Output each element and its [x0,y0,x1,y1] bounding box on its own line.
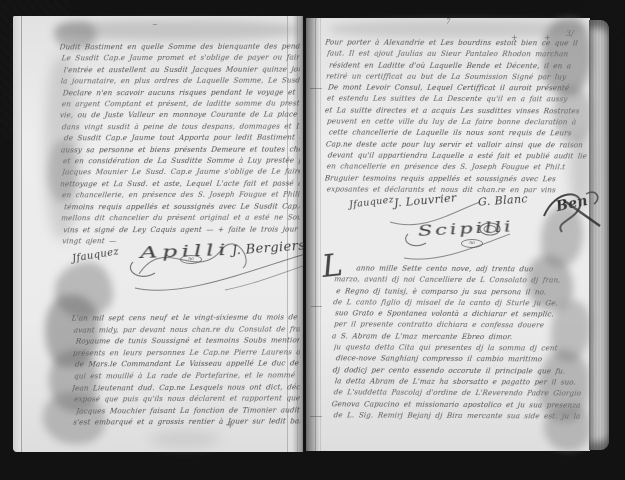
manuscript-line: Bruguier tesmoins requis appellés et sou… [325,172,588,184]
manuscript-line: et estendu Les suittes de La Descente qu… [326,93,587,105]
pen-mark: ~ [152,21,158,29]
manuscript-line: en chancellerie en présence des S. Josep… [326,161,587,173]
manuscript-line: de Susdit Cap.e Jaume tout Apporta pour … [63,132,300,144]
book-fore-edge [589,20,609,450]
margin-dash [310,88,322,89]
scanned-manuscript-photo: Dudit Bastiment en quelle Somme des bien… [0,0,625,480]
manuscript-line: diece-nove Sanghianj compresso il cambio… [335,353,584,366]
manuscript-line: résident en Laditte d'où Laquelle Bende … [329,59,588,71]
manuscript-line: exposé que puis qu'ils nous déclarent et… [74,393,301,406]
manuscript-line: témoins requis appellés et soussignés av… [64,200,301,212]
left-page-act1: Dudit Bastiment en quelle Somme des bien… [60,41,301,250]
left-page-edge [13,16,22,452]
manuscript-line: faut. Il est ajout Jaulias au Sieur Pant… [327,48,588,60]
manuscript-line: marzo, avanti dj noi Cancelliere de L Co… [334,274,585,287]
manuscript-line: la journataire, en plus ordres de Laquel… [60,75,300,87]
cross-mark: + [226,420,234,431]
manuscript-line: s'est embarqué et a grossis rentier à Jo… [73,416,301,429]
manuscript-line: Cap.ne deste acte pour luy servir et val… [325,138,587,150]
manuscript-line: vie, ou de Juste Valleur en monnoye Cour… [60,109,301,121]
manuscript-line: de L'suddetta Pascolaj d'ordine de L'Rev… [333,387,584,400]
right-page-act1: Pour porter à Alexandrie et Les bourdins… [325,37,588,200]
manuscript-line: vins et signé de Ley Caquis agent — + fa… [63,223,301,235]
manuscript-line: de L. Sig. Remirj Bejanj dj Bira mercant… [333,409,584,422]
right-page-act2: anno mille Sette cento nove, adj trenta … [332,262,585,425]
paraph-mark: no [180,255,202,264]
margin-dash [311,306,322,307]
manuscript-line: exposantes et déclarants et nous dit cha… [326,183,587,195]
manuscript-line: Le Susdit Cap.e Jaume promet et s'oblige… [61,52,300,64]
margin-dash [310,416,322,417]
manuscript-line: aussy sa personne et biens présents Deme… [60,143,300,155]
manuscript-line: Royaume de tunis Soussigné et tesmoins S… [75,335,300,348]
corner-mark: 7 [446,18,450,26]
manuscript-line: Declare n'en scavoir aucuns risques pend… [62,86,300,98]
manuscript-line: L'an mil sept cens neuf et le vingt-sixi… [72,311,301,324]
manuscript-line: qui est mouillé à La rade de Portefarine… [73,369,300,382]
manuscript-line: Jacques Mounier Le Susd. Cap.e Jaume s'o… [62,166,301,178]
left-page-act2: L'an mil sept cens neuf et le vingt-sixi… [72,311,301,430]
manuscript-line: en chancellerie, en présence des S. Jose… [62,189,301,201]
manuscript-line: cette chancellerie de Laquelle ils nous … [328,127,587,139]
manuscript-line: mellons dit chancelier du présent origin… [61,212,301,224]
paraph-mark: no [461,239,483,248]
